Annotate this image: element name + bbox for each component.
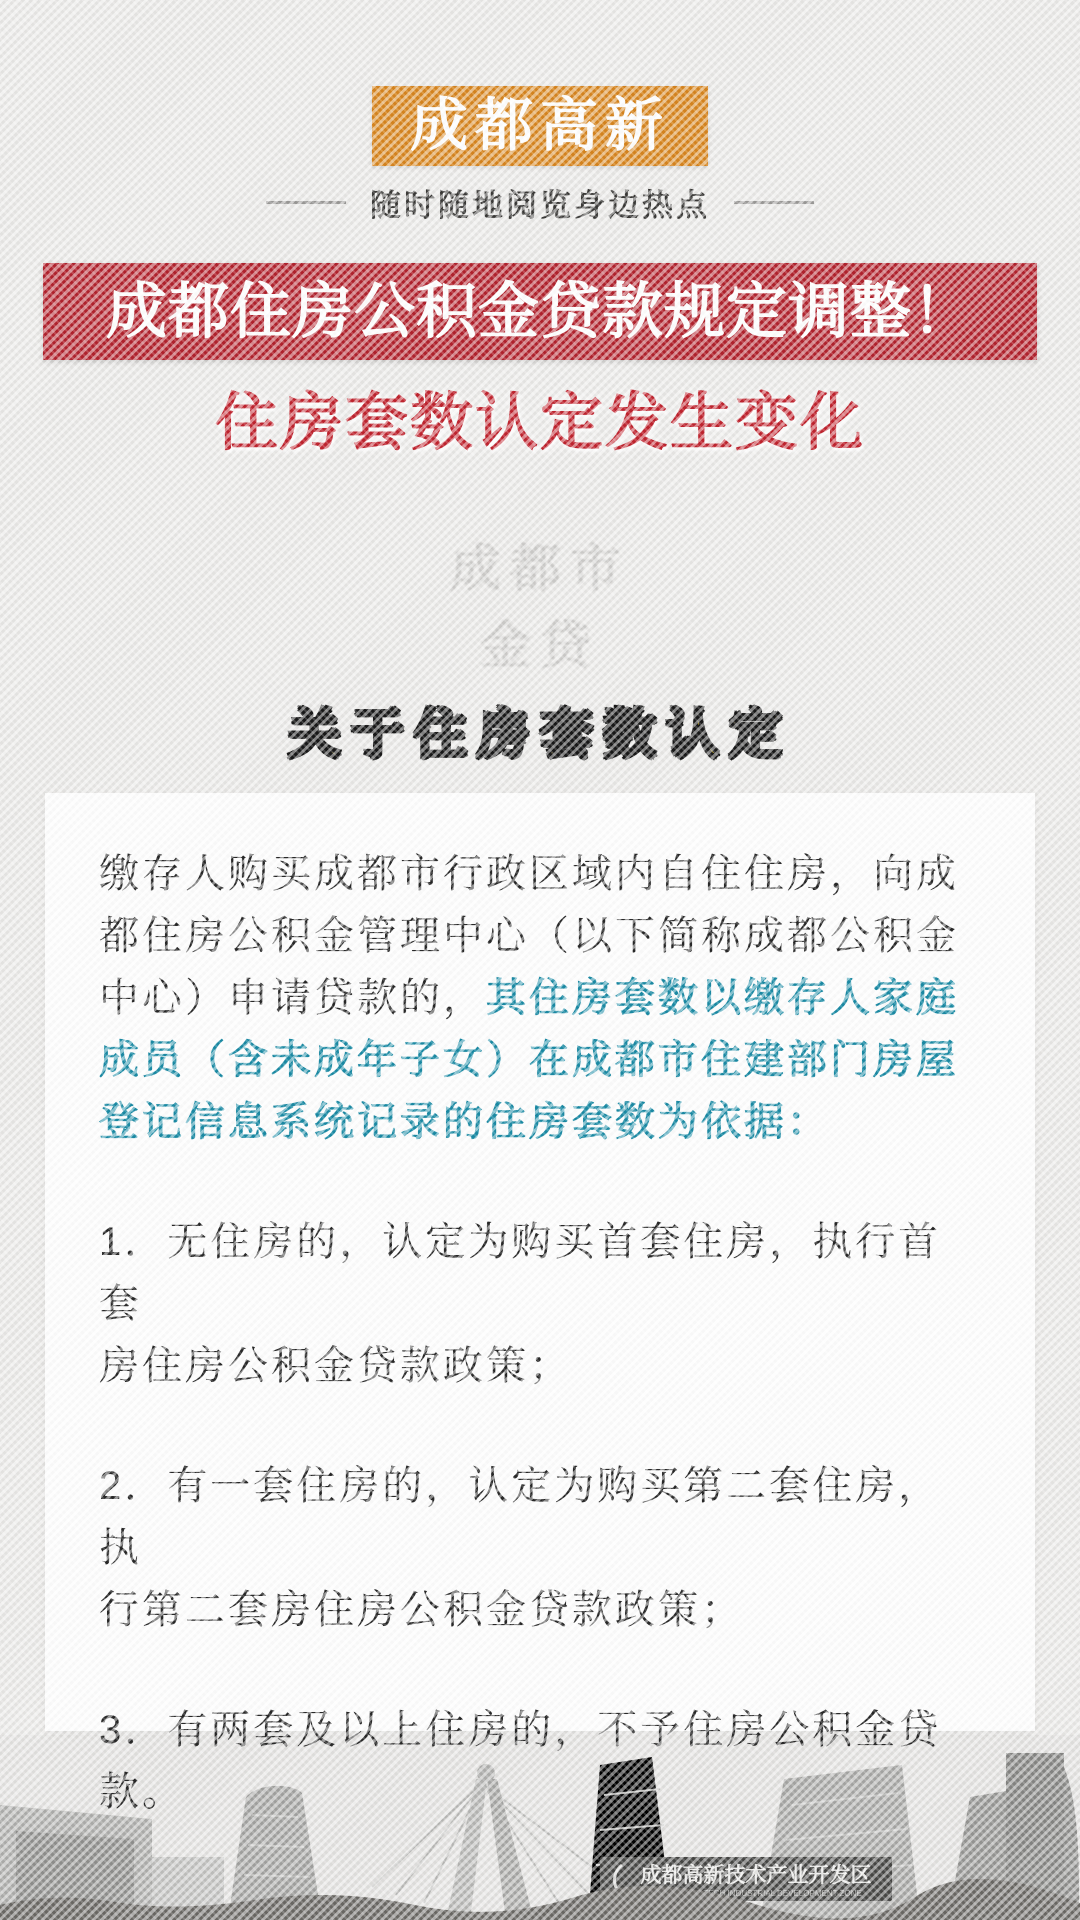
watermark-line1: 成都市 (0, 530, 1080, 607)
rule-item-3: 3．有两套及以上住房的，不予住房公积金贷 款。 (99, 1699, 981, 1823)
watermark-line2: 金贷 (0, 607, 1080, 684)
zone-sign-text: 成都高新技术产业开发区 (641, 1863, 872, 1887)
headline-line1: 成都住房公积金贷款规定调整！ (106, 281, 974, 342)
tagline: 随时随地阅览身边热点 (370, 180, 710, 225)
intro-paragraph: 缴存人购买成都市行政区域内自住住房，向成 都住房公积金管理中心（以下简称成都公积… (99, 843, 981, 1153)
content-card: 缴存人购买成都市行政区域内自住住房，向成 都住房公积金管理中心（以下简称成都公积… (45, 793, 1035, 1731)
section-title: 关于住房套数认定 (0, 692, 1080, 768)
rule-item-2: 2．有一套住房的，认定为购买第二套住房，执 行第二套房住房公积金贷款政策； (99, 1455, 981, 1641)
tagline-rule-right (734, 201, 814, 204)
brand-name: 成都高新 (410, 97, 670, 155)
tagline-rule-left (266, 201, 346, 204)
poster-page: 成都高新 随时随地阅览身边热点 成都住房公积金贷款规定调整！ 住房套数认定发生变… (0, 0, 1080, 1920)
headline-banner: 成都住房公积金贷款规定调整！ (43, 263, 1037, 360)
rule-item-1: 1．无住房的，认定为购买首套住房，执行首套 房住房公积金贷款政策； (99, 1211, 981, 1397)
tagline-row: 随时随地阅览身边热点 (0, 180, 1080, 225)
watermark: 成都市 金贷 (0, 530, 1080, 684)
headline-line2: 住房套数认定发生变化 (0, 372, 1080, 463)
brand-badge: 成都高新 (372, 86, 708, 166)
